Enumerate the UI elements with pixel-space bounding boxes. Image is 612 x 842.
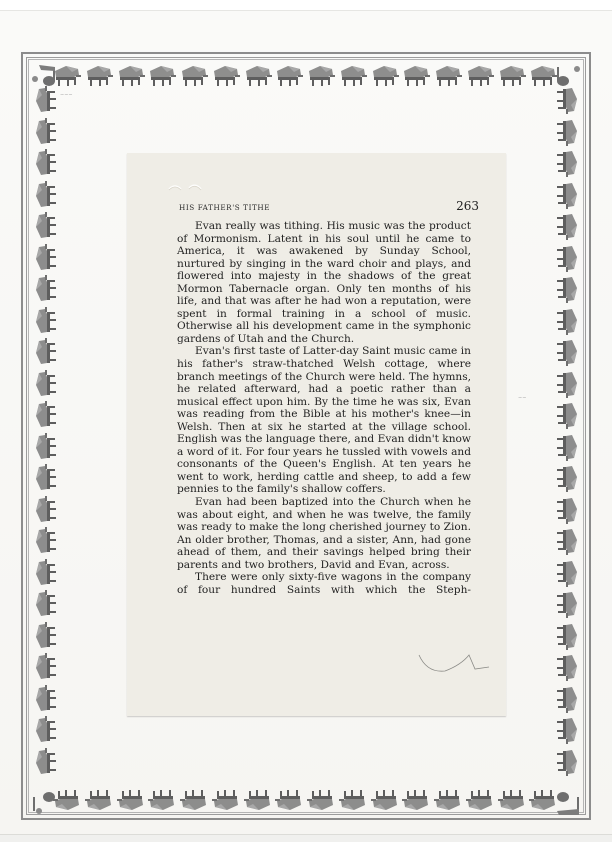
piano-icon: [179, 63, 209, 87]
piano-icon: [553, 151, 583, 175]
piano-icon: [30, 498, 60, 522]
piano-icon: [553, 246, 583, 270]
piano-icon: [553, 624, 583, 648]
piano-icon: [116, 63, 146, 87]
piano-icon: [553, 561, 583, 585]
border-right-pianos: [553, 88, 583, 781]
piano-icon: [30, 718, 60, 742]
piano-icon: [553, 120, 583, 144]
piano-icon: [338, 789, 368, 813]
border-bottom-pianos: [52, 789, 560, 813]
piano-icon: [553, 309, 583, 333]
piano-icon: [553, 498, 583, 522]
piano-icon: [211, 789, 241, 813]
piano-icon: [30, 655, 60, 679]
piano-icon: [30, 592, 60, 616]
piano-icon: [465, 789, 495, 813]
border-left-pianos: [30, 88, 60, 781]
piano-icon: [553, 88, 583, 112]
piano-icon: [30, 561, 60, 585]
piano-icon: [147, 789, 177, 813]
paragraph: Evan had been baptized into the Church w…: [177, 496, 471, 571]
page-header: His Father's Tithe 263: [179, 199, 479, 215]
piano-icon: [30, 88, 60, 112]
piano-icon: [338, 63, 368, 87]
piano-icon: [30, 403, 60, 427]
piano-icon: [553, 592, 583, 616]
running-head: His Father's Tithe: [179, 203, 270, 212]
piano-icon: [553, 403, 583, 427]
piano-icon: [30, 151, 60, 175]
piano-icon: [497, 789, 527, 813]
piano-icon: [306, 63, 336, 87]
piano-icon: [553, 214, 583, 238]
piano-icon: [116, 789, 146, 813]
piano-icon: [30, 372, 60, 396]
piano-icon: [553, 340, 583, 364]
piano-icon: [179, 789, 209, 813]
page-sheet: ~~~ ~~ His Father's Tithe 263 Evan reall…: [0, 0, 612, 842]
piano-icon: [370, 789, 400, 813]
piano-icon: [553, 372, 583, 396]
piano-icon: [30, 277, 60, 301]
piano-icon: [306, 789, 336, 813]
piano-icon: [370, 63, 400, 87]
piano-icon: [553, 529, 583, 553]
paragraph: Evan really was tithing. His music was t…: [177, 220, 471, 345]
piano-icon: [30, 750, 60, 774]
piano-icon: [553, 435, 583, 459]
music-note-icon: [29, 61, 59, 91]
piano-icon: [553, 655, 583, 679]
piano-icon: [243, 789, 273, 813]
piano-icon: [30, 214, 60, 238]
piano-icon: [30, 120, 60, 144]
piano-icon: [553, 466, 583, 490]
piano-icon: [401, 63, 431, 87]
piano-icon: [553, 183, 583, 207]
book-page-clipping: His Father's Tithe 263 Evan really was t…: [127, 153, 506, 716]
piano-icon: [465, 63, 495, 87]
piano-icon: [30, 624, 60, 648]
piano-icon: [401, 789, 431, 813]
music-note-icon: [553, 61, 583, 91]
piano-icon: [30, 687, 60, 711]
music-note-icon: [29, 787, 59, 817]
scan-top-edge: [0, 0, 612, 11]
piano-icon: [211, 63, 241, 87]
emboss-mark: [167, 181, 227, 193]
stray-mark: ~~: [518, 395, 526, 401]
piano-icon: [147, 63, 177, 87]
piano-icon: [30, 529, 60, 553]
piano-icon: [274, 789, 304, 813]
music-note-icon: [553, 787, 583, 817]
scan-bottom-edge: [0, 834, 612, 842]
piano-icon: [243, 63, 273, 87]
page-number: 263: [456, 199, 479, 213]
piano-icon: [497, 63, 527, 87]
piano-icon: [84, 63, 114, 87]
piano-icon: [553, 750, 583, 774]
border-top-pianos: [52, 63, 560, 87]
piano-icon: [30, 466, 60, 490]
piano-icon: [433, 63, 463, 87]
piano-icon: [433, 789, 463, 813]
pencil-mark: [417, 643, 497, 683]
stray-mark: ~~~: [60, 92, 73, 98]
piano-icon: [553, 687, 583, 711]
piano-icon: [30, 309, 60, 333]
piano-icon: [553, 718, 583, 742]
body-text: Evan really was tithing. His music was t…: [177, 220, 471, 596]
piano-icon: [30, 246, 60, 270]
piano-icon: [84, 789, 114, 813]
piano-icon: [274, 63, 304, 87]
piano-icon: [30, 435, 60, 459]
paragraph: Evan's first taste of Latter-day Saint m…: [177, 345, 471, 496]
piano-icon: [30, 340, 60, 364]
piano-icon: [30, 183, 60, 207]
paragraph: There were only sixty-five wagons in the…: [177, 571, 471, 596]
piano-icon: [553, 277, 583, 301]
